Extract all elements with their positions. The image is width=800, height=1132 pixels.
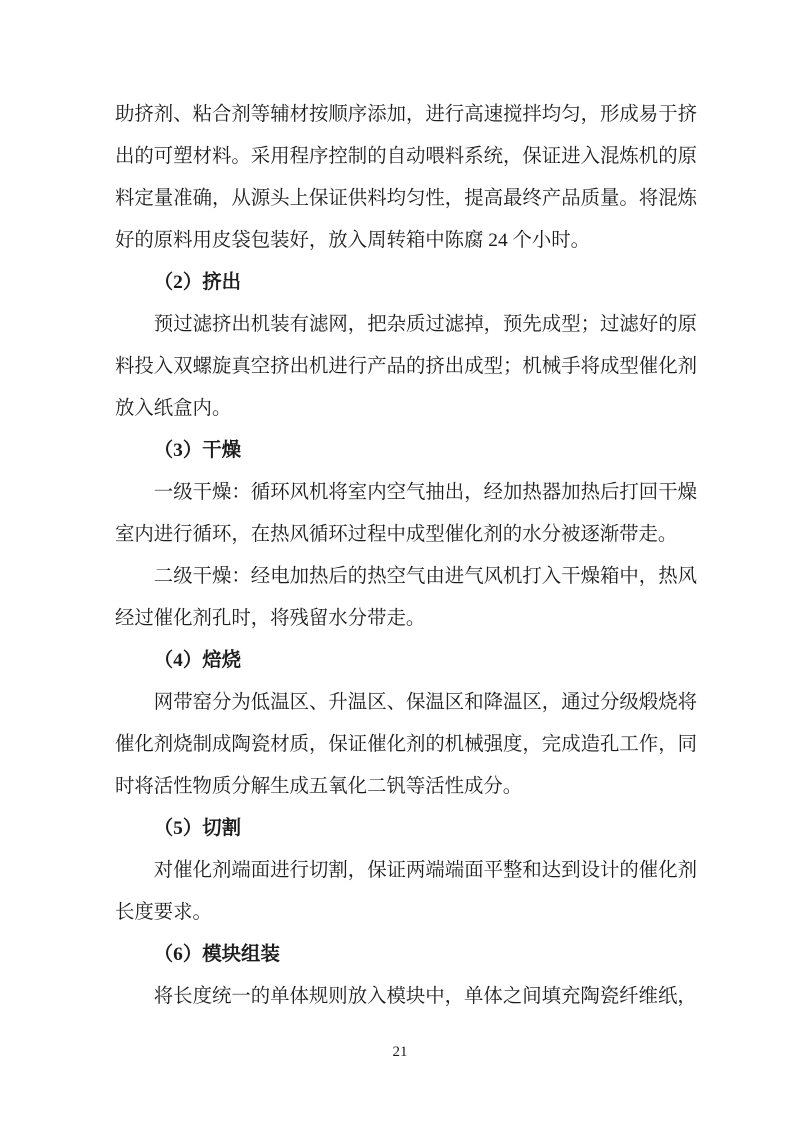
paragraph-mixing-continued: 助挤剂、粘合剂等辅材按顺序添加，进行高速搅拌均匀，形成易于挤出的可塑材料。采用程…: [115, 94, 697, 262]
paragraph-extrusion: 预过滤挤出机装有滤网，把杂质过滤掉，预先成型；过滤好的原料投入双螺旋真空挤出机进…: [115, 304, 697, 430]
section-heading-module-assembly: （6）模块组装: [115, 934, 697, 976]
section-heading-extrusion: （2）挤出: [115, 262, 697, 304]
paragraph-cutting: 对催化剂端面进行切割，保证两端端面平整和达到设计的催化剂长度要求。: [115, 850, 697, 934]
section-heading-cutting: （5）切割: [115, 808, 697, 850]
paragraph-module-assembly: 将长度统一的单体规则放入模块中，单体之间填充陶瓷纤维纸，: [115, 976, 697, 1018]
document-body: 助挤剂、粘合剂等辅材按顺序添加，进行高速搅拌均匀，形成易于挤出的可塑材料。采用程…: [115, 94, 697, 1018]
page-number: 21: [393, 1044, 408, 1060]
document-page: 助挤剂、粘合剂等辅材按顺序添加，进行高速搅拌均匀，形成易于挤出的可塑材料。采用程…: [0, 0, 800, 1132]
section-heading-drying: （3）干燥: [115, 430, 697, 472]
section-heading-calcination: （4）焙烧: [115, 640, 697, 682]
paragraph-secondary-drying: 二级干燥：经电加热后的热空气由进气风机打入干燥箱中，热风经过催化剂孔时，将残留水…: [115, 556, 697, 640]
paragraph-primary-drying: 一级干燥：循环风机将室内空气抽出，经加热器加热后打回干燥室内进行循环，在热风循环…: [115, 472, 697, 556]
paragraph-calcination: 网带窑分为低温区、升温区、保温区和降温区，通过分级煅烧将催化剂烧制成陶瓷材质，保…: [115, 682, 697, 808]
page-footer: 21: [0, 1042, 800, 1062]
